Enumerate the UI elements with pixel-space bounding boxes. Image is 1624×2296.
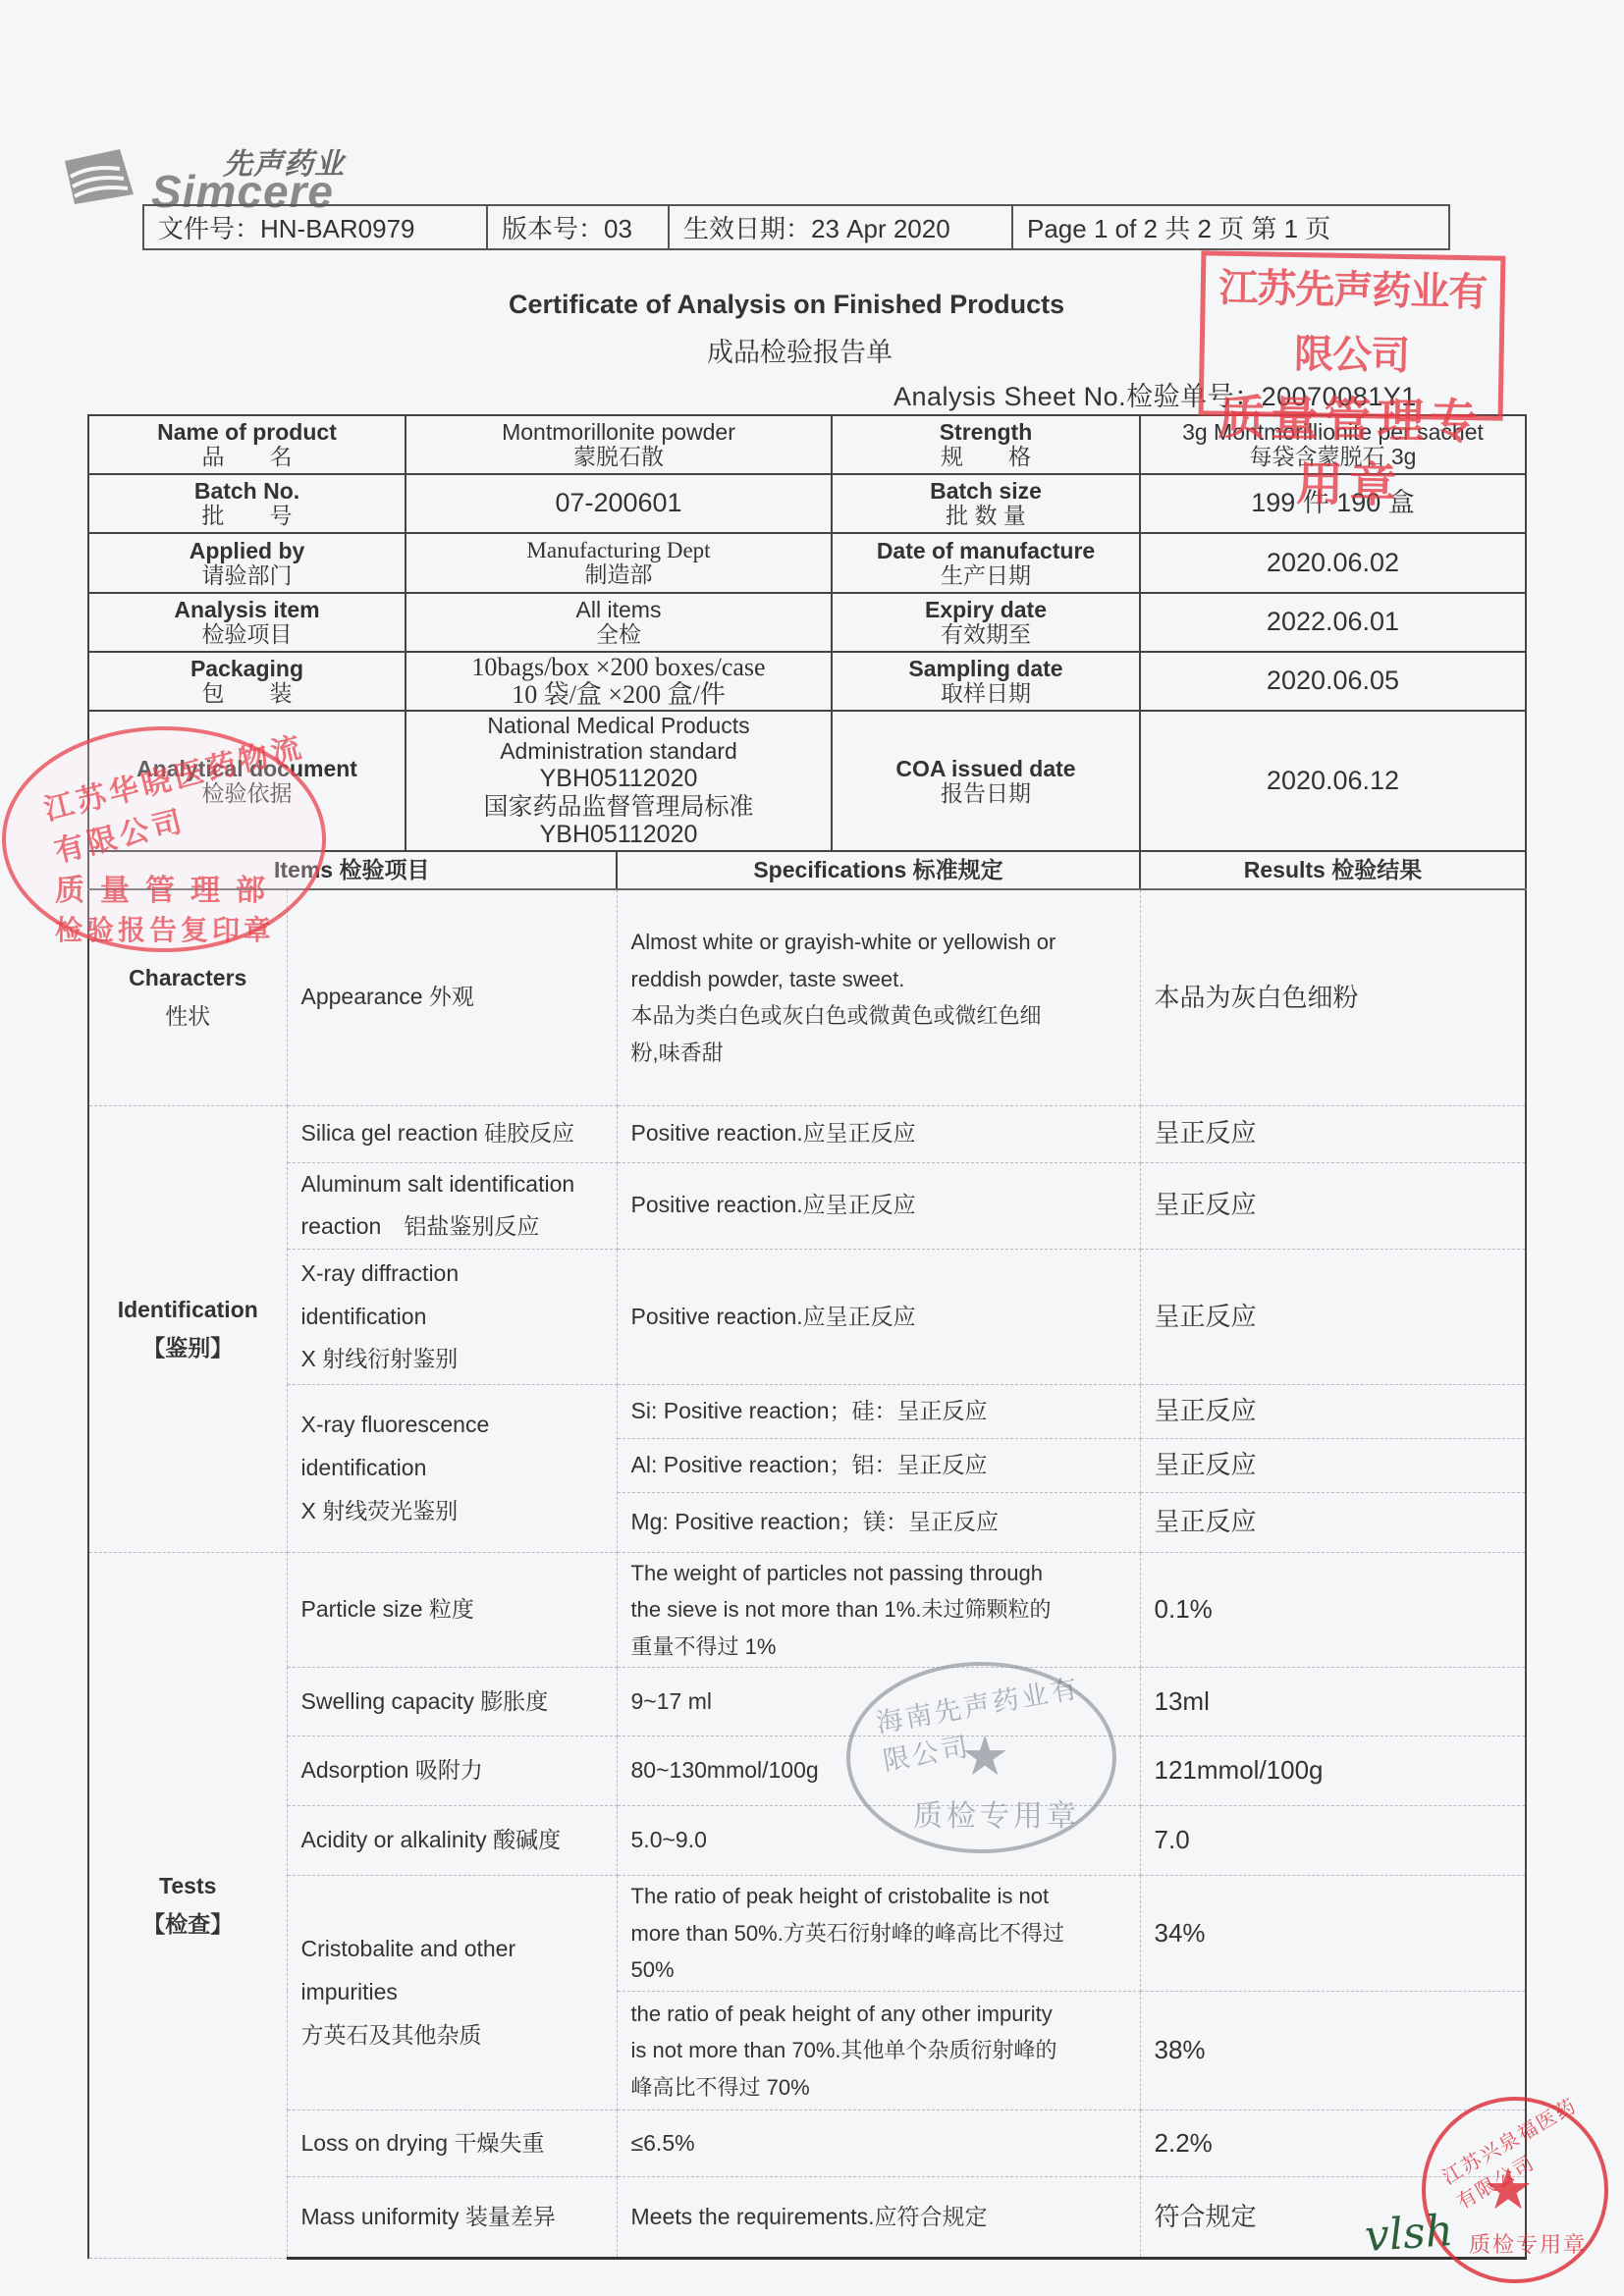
result-cell: 本品为灰白色细粉: [1140, 889, 1526, 1105]
results-header-row: Items 检验项目 Specifications 标准规定 Results 检…: [88, 851, 1526, 889]
header-results: Results 检验结果: [1140, 851, 1526, 889]
spec-cell: Mg: Positive reaction；镁：呈正反应: [617, 1492, 1140, 1552]
spec-cell: The ratio of peak height of cristobalite…: [617, 1875, 1140, 1991]
table-row-mass-uniformity: Mass uniformity 装量差异 Meets the requireme…: [88, 2176, 1526, 2258]
table-row-xrf-si: X-ray fluorescenceidentificationX 射线荧光鉴别…: [88, 1384, 1526, 1438]
signature: vlsh: [1363, 2206, 1454, 2262]
analysis-sheet-number: Analysis Sheet No.检验单号：20070081Y1: [893, 375, 1417, 413]
spec-cell: 80~130mmol/100g: [617, 1735, 1140, 1805]
table-row-swelling: Swelling capacity 膨胀度 9~17 ml 13ml: [88, 1667, 1526, 1735]
value-cell: 10bags/box ×200 boxes/case10 袋/盒 ×200 盒/…: [406, 652, 832, 711]
table-row-adsorption: Adsorption 吸附力 80~130mmol/100g 121mmol/1…: [88, 1735, 1526, 1805]
label-cell: Batch No.批 号: [88, 474, 406, 533]
category-identification: Identification【鉴别】: [88, 1105, 287, 1552]
result-cell: 0.1%: [1140, 1552, 1526, 1667]
value-cell: 07-200601: [406, 474, 832, 533]
info-row: Applied by请验部门 Manufacturing Dept制造部 Dat…: [88, 533, 1526, 593]
category-characters: Characters性状: [88, 889, 287, 1105]
label-cell: Analytical document检验依据: [88, 711, 406, 851]
result-cell: 呈正反应: [1140, 1162, 1526, 1249]
label-cell: Date of manufacture生产日期: [832, 533, 1140, 593]
info-row: Analysis item检验项目 All items全检 Expiry dat…: [88, 593, 1526, 652]
table-row-loss-on-drying: Loss on drying 干燥失重 ≤6.5% 2.2%: [88, 2109, 1526, 2176]
label-cell: Batch size批 数 量: [832, 474, 1140, 533]
result-cell: 呈正反应: [1140, 1384, 1526, 1438]
item-cell: Appearance 外观: [287, 889, 617, 1105]
label-cell: COA issued date报告日期: [832, 711, 1140, 851]
result-cell: 7.0: [1140, 1805, 1526, 1875]
result-cell: 2.2%: [1140, 2109, 1526, 2176]
item-cell: Cristobalite and otherimpurities方英石及其他杂质: [287, 1875, 617, 2109]
table-row-silica: Identification【鉴别】 Silica gel reaction 硅…: [88, 1105, 1526, 1162]
result-cell: 38%: [1140, 1991, 1526, 2109]
result-cell: 呈正反应: [1140, 1492, 1526, 1552]
result-cell: 34%: [1140, 1875, 1526, 1991]
version-number: 版本号：03: [488, 206, 670, 248]
spec-cell: Al: Positive reaction；铝：呈正反应: [617, 1438, 1140, 1492]
label-cell: Strength规 格: [832, 415, 1140, 474]
spec-cell: Almost white or grayish-white or yellowi…: [617, 889, 1140, 1105]
result-cell: 13ml: [1140, 1667, 1526, 1735]
spec-cell: 9~17 ml: [617, 1667, 1140, 1735]
value-cell: 2020.06.02: [1140, 533, 1526, 593]
item-cell: Adsorption 吸附力: [287, 1735, 617, 1805]
info-row: Batch No.批 号 07-200601 Batch size批 数 量 1…: [88, 474, 1526, 533]
table-row-appearance: Characters性状 Appearance 外观 Almost white …: [88, 889, 1526, 1105]
spec-cell: Meets the requirements.应符合规定: [617, 2176, 1140, 2258]
info-row: Name of product品 名 Montmorillonite powde…: [88, 415, 1526, 474]
item-cell: Silica gel reaction 硅胶反应: [287, 1105, 617, 1162]
value-cell: 2020.06.12: [1140, 711, 1526, 851]
test-results-table: Items 检验项目 Specifications 标准规定 Results 检…: [87, 850, 1527, 2260]
header-items: Items 检验项目: [88, 851, 617, 889]
label-cell: Sampling date取样日期: [832, 652, 1140, 711]
item-cell: Particle size 粒度: [287, 1552, 617, 1667]
label-cell: Name of product品 名: [88, 415, 406, 474]
table-row-acidity: Acidity or alkalinity 酸碱度 5.0~9.0 7.0: [88, 1805, 1526, 1875]
item-cell: Swelling capacity 膨胀度: [287, 1667, 617, 1735]
item-cell: X-ray fluorescenceidentificationX 射线荧光鉴别: [287, 1384, 617, 1552]
result-cell: 121mmol/100g: [1140, 1735, 1526, 1805]
table-row-xrd: X-ray diffractionidentificationX 射线衍射鉴别 …: [88, 1249, 1526, 1384]
value-cell: 2020.06.05: [1140, 652, 1526, 711]
value-cell: 199 件 190 盒: [1140, 474, 1526, 533]
spec-cell: Positive reaction.应呈正反应: [617, 1105, 1140, 1162]
table-row-cristobalite: Cristobalite and otherimpurities方英石及其他杂质…: [88, 1875, 1526, 1991]
spec-cell: ≤6.5%: [617, 2109, 1140, 2176]
value-cell: Montmorillonite powder蒙脱石散: [406, 415, 832, 474]
item-cell: Loss on drying 干燥失重: [287, 2109, 617, 2176]
value-cell: Manufacturing Dept制造部: [406, 533, 832, 593]
label-cell: Analysis item检验项目: [88, 593, 406, 652]
result-cell: 呈正反应: [1140, 1438, 1526, 1492]
spec-cell: The weight of particles not passing thro…: [617, 1552, 1140, 1667]
item-cell: Acidity or alkalinity 酸碱度: [287, 1805, 617, 1875]
spec-cell: the ratio of peak height of any other im…: [617, 1991, 1140, 2109]
item-cell: Aluminum salt identificationreaction 铝盐鉴…: [287, 1162, 617, 1249]
label-cell: Expiry date有效期至: [832, 593, 1140, 652]
spec-cell: Positive reaction.应呈正反应: [617, 1249, 1140, 1384]
spec-cell: 5.0~9.0: [617, 1805, 1140, 1875]
simcere-logo-icon: [61, 147, 137, 206]
document-control-header: 文件号：HN-BAR0979 版本号：03 生效日期：23 Apr 2020 P…: [142, 204, 1450, 250]
file-number: 文件号：HN-BAR0979: [144, 206, 488, 248]
title-cn: 成品检验报告单: [707, 331, 893, 369]
result-cell: 呈正反应: [1140, 1105, 1526, 1162]
value-cell: All items全检: [406, 593, 832, 652]
table-row-aluminum: Aluminum salt identificationreaction 铝盐鉴…: [88, 1162, 1526, 1249]
spec-cell: Positive reaction.应呈正反应: [617, 1162, 1140, 1249]
label-cell: Applied by请验部门: [88, 533, 406, 593]
info-row: Packaging包 装 10bags/box ×200 boxes/case1…: [88, 652, 1526, 711]
info-row: Analytical document检验依据 National Medical…: [88, 711, 1526, 851]
item-cell: Mass uniformity 装量差异: [287, 2176, 617, 2258]
result-cell: 符合规定: [1140, 2176, 1526, 2258]
effective-date: 生效日期：23 Apr 2020: [670, 206, 1013, 248]
spec-cell: Si: Positive reaction；硅：呈正反应: [617, 1384, 1140, 1438]
result-cell: 呈正反应: [1140, 1249, 1526, 1384]
value-cell: 3g Montmorillionite per sachet每袋含蒙脱石 3g: [1140, 415, 1526, 474]
item-cell: X-ray diffractionidentificationX 射线衍射鉴别: [287, 1249, 617, 1384]
product-info-table: Name of product品 名 Montmorillonite powde…: [87, 414, 1527, 852]
title-en: Certificate of Analysis on Finished Prod…: [509, 290, 1064, 320]
value-cell: 2022.06.01: [1140, 593, 1526, 652]
category-tests: Tests【检查】: [88, 1552, 287, 2258]
table-row-particle-size: Tests【检查】 Particle size 粒度 The weight of…: [88, 1552, 1526, 1667]
header-specifications: Specifications 标准规定: [617, 851, 1140, 889]
label-cell: Packaging包 装: [88, 652, 406, 711]
page-indicator: Page 1 of 2 共 2 页 第 1 页: [1013, 206, 1448, 248]
value-cell: National Medical Products Administration…: [406, 711, 832, 851]
